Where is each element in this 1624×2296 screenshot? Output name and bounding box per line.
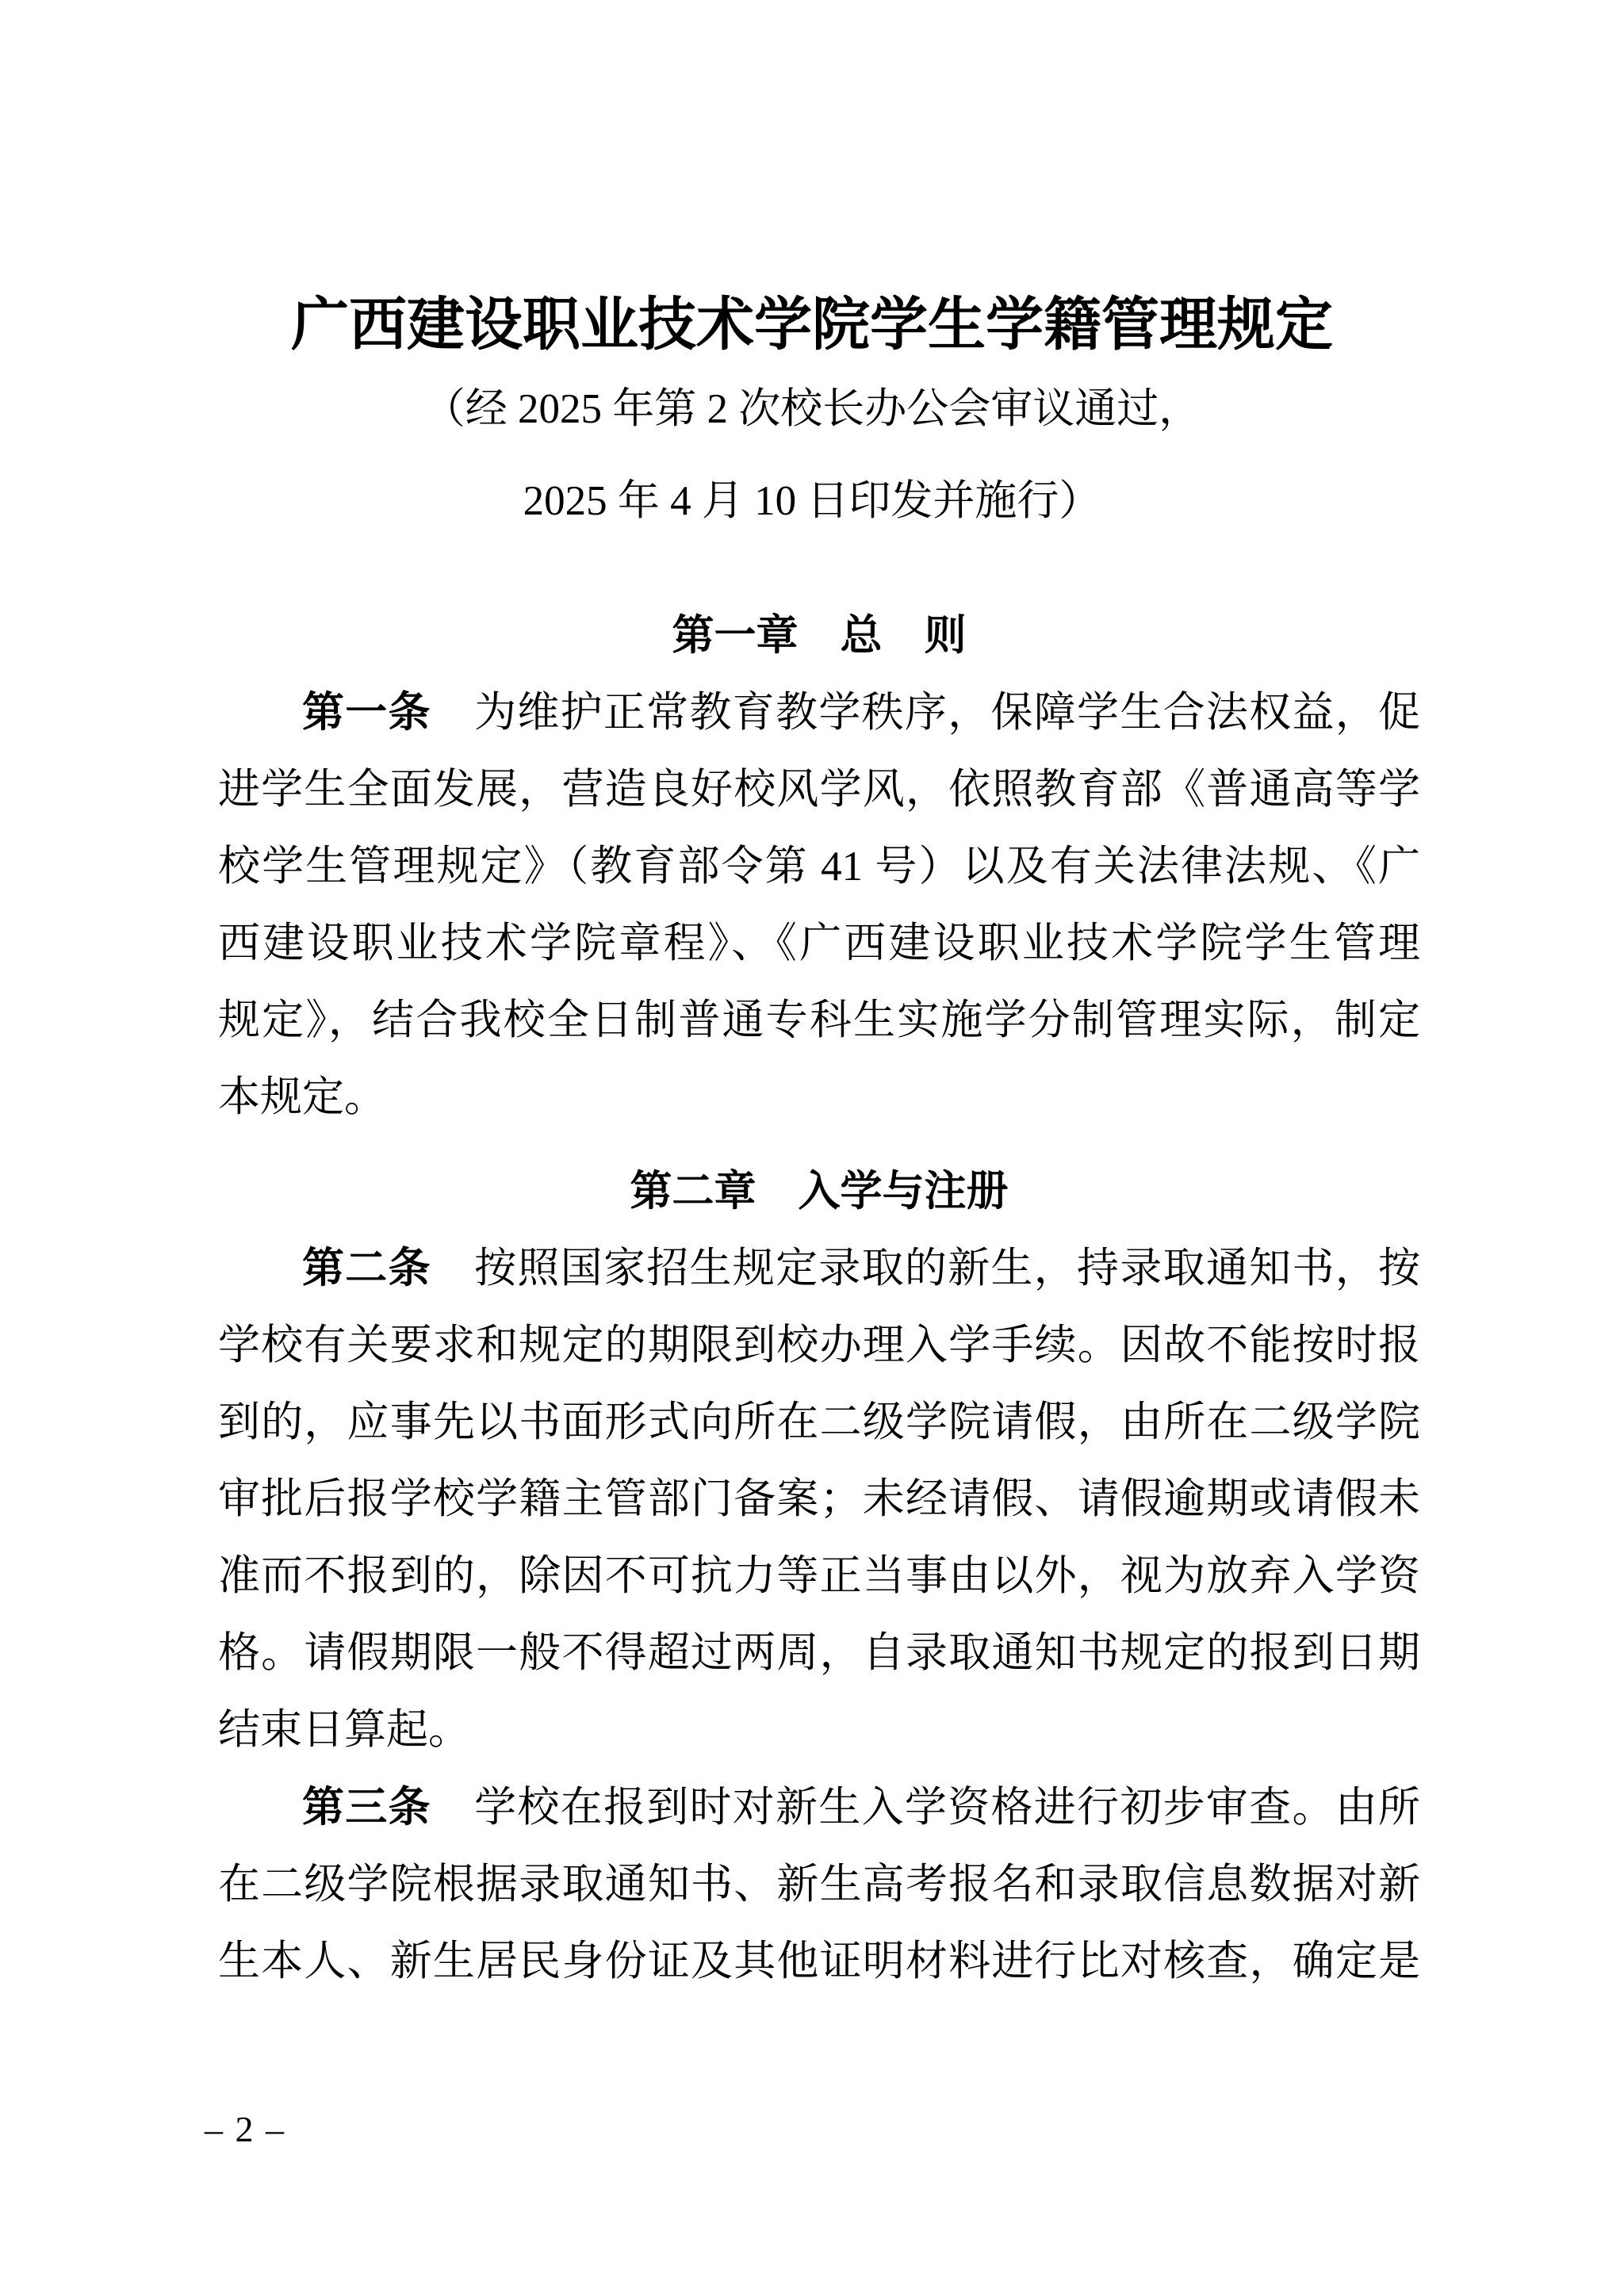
body-line: 准而不报到的，除因不可抗力等正当事由以外，视为放弃入学资: [218, 1538, 1420, 1615]
article3-line-text: 学校在报到时对新生入学资格进行初步审查。由所: [431, 1785, 1420, 1831]
body-line: 西建设职业技术学院章程》、《广西建设职业技术学院学生管理: [218, 905, 1420, 982]
article1-label: 第一条: [302, 689, 431, 736]
body-line: 结束日算起。: [218, 1692, 1420, 1769]
body-line: 在二级学院根据录取通知书、新生高考报名和录取信息数据对新: [218, 1846, 1420, 1923]
article2-first-line: 第二条 按照国家招生规定录取的新生，持录取通知书，按: [218, 1230, 1420, 1307]
article1-line-text: 为维护正常教育教学秩序，保障学生合法权益，促: [431, 690, 1420, 736]
article2-label: 第二条: [302, 1245, 431, 1291]
chapter1-heading: 第一章 总 则: [218, 597, 1420, 674]
chapter2-heading: 第二章 入学与注册: [218, 1153, 1420, 1230]
page-number: – 2 –: [205, 2110, 285, 2149]
article3-label: 第三条: [302, 1784, 431, 1831]
document-body: 第一章 总 则 第一条 为维护正常教育教学秩序，保障学生合法权益，促 进学生全面…: [218, 597, 1420, 2000]
article3-first-line: 第三条 学校在报到时对新生入学资格进行初步审查。由所: [218, 1769, 1420, 1846]
article2-line-text: 按照国家招生规定录取的新生，持录取通知书，按: [431, 1246, 1420, 1291]
body-line: 到的，应事先以书面形式向所在二级学院请假，由所在二级学院: [218, 1384, 1420, 1461]
body-line: 审批后报学校学籍主管部门备案；未经请假、请假逾期或请假未: [218, 1461, 1420, 1538]
body-line: 进学生全面发展，营造良好校风学风，依照教育部《普通高等学: [218, 752, 1420, 828]
body-line: 本规定。: [218, 1059, 1420, 1136]
subtitle-line-1: （经 2025 年第 2 次校长办公会审议通过，: [0, 371, 1624, 448]
subtitle-line-2: 2025 年 4 月 10 日印发并施行）: [0, 463, 1624, 540]
body-line: 生本人、新生居民身份证及其他证明材料进行比对核查，确定是: [218, 1923, 1420, 2000]
document-page: 广西建设职业技术学院学生学籍管理规定 （经 2025 年第 2 次校长办公会审议…: [0, 0, 1624, 2296]
body-line: 格。请假期限一般不得超过两周，自录取通知书规定的报到日期: [218, 1615, 1420, 1692]
body-line: 学校有关要求和规定的期限到校办理入学手续。因故不能按时报: [218, 1307, 1420, 1384]
body-line: 校学生管理规定》（教育部令第 41 号）以及有关法律法规、《广: [218, 828, 1420, 905]
document-title: 广西建设职业技术学院学生学籍管理规定: [0, 286, 1624, 363]
article1-first-line: 第一条 为维护正常教育教学秩序，保障学生合法权益，促: [218, 674, 1420, 752]
body-line: 规定》，结合我校全日制普通专科生实施学分制管理实际，制定: [218, 982, 1420, 1059]
